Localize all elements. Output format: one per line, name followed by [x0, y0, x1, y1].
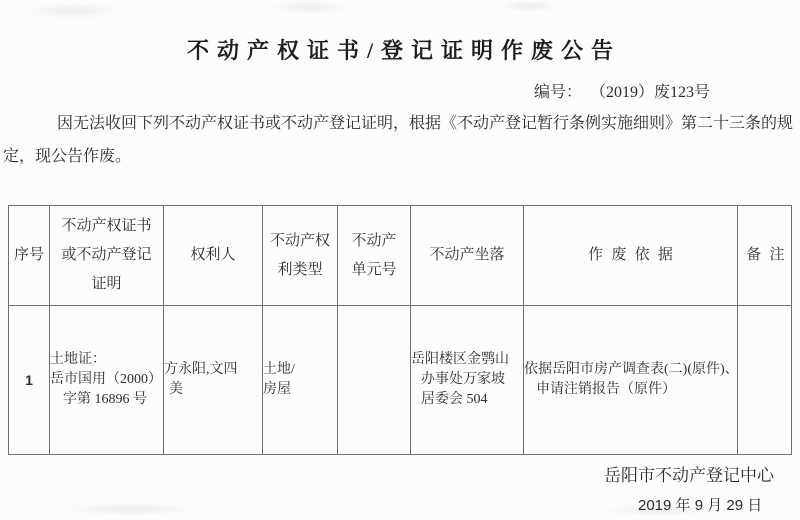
table-row: 1 土地证： 岳市国用（2000） 字第 16896 号 方永阳,文四 美 土地… — [9, 306, 792, 455]
header-holder-label: 权利人 — [164, 241, 262, 270]
location-line: 办事处万家坡 — [411, 370, 523, 390]
header-holder: 权利人 — [164, 206, 263, 306]
location-line: 居委会 504 — [411, 390, 523, 410]
holder-cell: 方永阳,文四 美 — [164, 306, 263, 455]
header-remark: 备注 — [738, 206, 792, 306]
holder-line: 方永阳,文四 — [164, 360, 262, 380]
header-right-type-line: 不动产权 — [263, 227, 337, 256]
header-unit-no-line: 不动产 — [338, 227, 410, 256]
header-remark-label: 备注 — [738, 241, 791, 270]
header-right-type-line: 利类型 — [263, 256, 337, 285]
basis-line: 申请注销报告（原件） — [524, 380, 737, 400]
header-unit-no-line: 单元号 — [338, 256, 410, 285]
header-basis-label: 作废依据 — [524, 241, 737, 270]
invalidation-table: 序号 不动产权证书 或不动产登记 证明 权利人 不动产权 利类型 不动产 单元号 — [8, 205, 792, 455]
body-paragraph-line1: 因无法收回下列不动产权证书或不动产登记证明，根据《不动产登记暂行条例实施细则》第… — [57, 110, 793, 133]
document-number: 编号： （2019）废123号 — [534, 79, 710, 102]
scanned-notice-page: 不动产权证书/登记证明作废公告 编号： （2019）废123号 因无法收回下列不… — [0, 0, 800, 520]
right-type-cell: 土地/ 房屋 — [263, 306, 338, 455]
header-cert-line: 不动产权证书 — [50, 212, 163, 241]
scan-smudge — [60, 502, 200, 516]
cert-line: 岳市国用（2000） — [50, 370, 163, 390]
header-cert-line: 证明 — [50, 270, 163, 299]
right-type-line: 土地/ — [263, 360, 337, 380]
location-line: 岳阳楼区金鹗山 — [411, 350, 523, 370]
right-type-line: 房屋 — [263, 380, 337, 400]
table-header-row: 序号 不动产权证书 或不动产登记 证明 权利人 不动产权 利类型 不动产 单元号 — [9, 206, 792, 306]
basis-line: 依据岳阳市房产调查表(二)(原件)、 — [524, 360, 737, 380]
holder-line: 美 — [164, 380, 262, 400]
cert-line: 字第 16896 号 — [50, 390, 163, 410]
header-basis: 作废依据 — [524, 206, 738, 306]
seq-cell: 1 — [9, 306, 50, 455]
header-right-type: 不动产权 利类型 — [263, 206, 338, 306]
page-title: 不动产权证书/登记证明作废公告 — [0, 34, 800, 65]
remark-cell — [738, 306, 792, 455]
basis-cell: 依据岳阳市房产调查表(二)(原件)、 申请注销报告（原件） — [524, 306, 738, 455]
header-seq-label: 序号 — [9, 241, 49, 270]
seq-value: 1 — [9, 370, 49, 390]
issuing-authority: 岳阳市不动产登记中心 — [604, 461, 774, 486]
header-location-label: 不动产坐落 — [411, 241, 523, 270]
cert-number-cell: 土地证： 岳市国用（2000） 字第 16896 号 — [50, 306, 164, 455]
body-paragraph-line2: 定，现公告作废。 — [3, 143, 131, 166]
header-location: 不动产坐落 — [411, 206, 524, 306]
header-unit-no: 不动产 单元号 — [338, 206, 411, 306]
cert-line: 土地证： — [50, 350, 163, 370]
unit-no-cell — [338, 306, 411, 455]
scan-smudge — [270, 0, 350, 14]
header-cert: 不动产权证书 或不动产登记 证明 — [50, 206, 164, 306]
location-cell: 岳阳楼区金鹗山 办事处万家坡 居委会 504 — [411, 306, 524, 455]
scan-smudge — [500, 0, 560, 12]
header-cert-line: 或不动产登记 — [50, 241, 163, 270]
issue-date: 2019 年 9 月 29 日 — [638, 494, 762, 515]
header-seq: 序号 — [9, 206, 50, 306]
scan-smudge — [25, 3, 125, 19]
